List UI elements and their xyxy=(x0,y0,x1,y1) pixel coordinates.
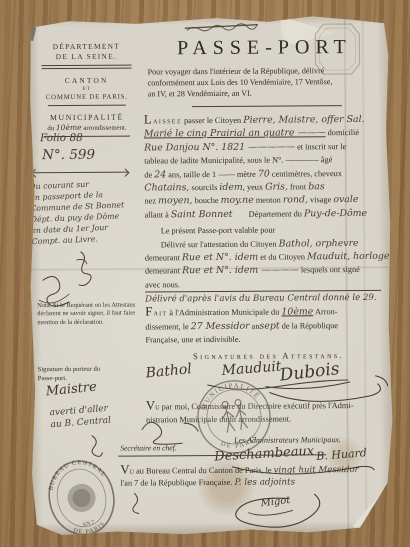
footer-paraph xyxy=(125,491,145,515)
nota-instruction: Nota. Si le Requérant ou les Attestans d… xyxy=(37,302,135,328)
destination-departement-handwritten: Puy-de-Dôme xyxy=(304,208,367,219)
bureau-central-stamp: BUREAU CENTRAL DE PARIS AN 7 xyxy=(35,448,128,547)
passport-title: PASSE-PORT xyxy=(139,36,389,61)
print-text: bouche xyxy=(195,196,219,205)
folio-number-handwritten: Folio 88 xyxy=(40,132,83,144)
body-line-marie: Marié le cinq Prairial an quatre ——— dom… xyxy=(144,126,390,141)
print-text: tableau de ladite Municipalité, sous le … xyxy=(144,155,332,165)
body-line-attestation3: demeurant Rue et N°. idem ———— lesquels … xyxy=(145,263,391,278)
print-text: Arron- xyxy=(315,307,338,316)
height-cm-handwritten: 70 xyxy=(258,168,270,179)
forehead-handwritten: bas xyxy=(308,181,324,192)
print-text: dissement, le xyxy=(145,322,188,331)
photo-of-passport-document: { "sidebar": { "departement": ["DÉPARTEM… xyxy=(0,0,410,547)
eye-color-handwritten: Gris, xyxy=(265,181,288,192)
body-line-destination: allant à Saint Bonnet Département du Puy… xyxy=(145,207,391,222)
print-text: front xyxy=(290,182,306,191)
divider-rule xyxy=(42,65,132,70)
torn-edge-nick xyxy=(25,24,36,41)
subtitle-divider-rule xyxy=(192,105,342,107)
witness1-address-handwritten: Rue et N°. idem xyxy=(182,252,258,264)
passport-document-sheet: DÉPARTEMENT DE LA SEINE. CANTON ET COMMU… xyxy=(25,14,397,538)
print-text: visage xyxy=(310,196,331,205)
print-text: ans, taille de 1 —— mètre xyxy=(168,169,256,179)
print-text: demeurant xyxy=(145,253,180,262)
holder-name-handwritten: Pierre, Maistre, offer Sal. xyxy=(243,114,364,126)
municipalite-heading: MUNICIPALITÉ xyxy=(34,112,140,122)
hair-color-handwritten: Chatains, xyxy=(144,182,189,193)
left-margin-column: DÉPARTEMENT DE LA SEINE. CANTON ET COMMU… xyxy=(33,41,140,137)
marital-status-handwritten: Marié le cinq Prairial an quatre ——— xyxy=(144,128,326,140)
print-text: de xyxy=(144,170,152,179)
witness2-name-handwritten: Mauduit, horloger xyxy=(307,251,394,263)
laissez-word: Laissez xyxy=(144,113,182,128)
body-line-bureau-avis-handwritten: Délivré d'après l'avis du Bureau Central… xyxy=(145,292,391,306)
print-text: et du Citoyen xyxy=(260,252,305,261)
arrondissement-number-handwritten: 10ème xyxy=(56,123,82,132)
year-handwritten: sept xyxy=(259,320,279,331)
administrateurs-label: Les Administrateurs Municipaux. xyxy=(234,435,341,445)
face-shape-handwritten: ovale xyxy=(333,194,358,205)
arrondissement-line: du 10ème arrondissement. xyxy=(34,122,140,132)
print-text: demeurant xyxy=(145,267,180,276)
passport-subtitle: Pour voyager dans l'intérieur de la Répu… xyxy=(148,65,390,100)
chin-handwritten: rond, xyxy=(283,195,308,206)
central-bureau-note-handwritten: averti d'aller au B. Central xyxy=(49,400,141,431)
print-text: an xyxy=(252,321,260,330)
print-text: passer le Citoyen xyxy=(184,116,241,125)
print-text: avec nous. xyxy=(145,280,180,289)
body-line-republique: Française, une et indivisible. xyxy=(145,332,391,347)
commissaire-signature-flourish xyxy=(264,370,394,405)
departement-heading: DÉPARTEMENT DE LA SEINE. xyxy=(33,41,139,61)
scratched-out-annotation xyxy=(183,21,263,36)
address-handwritten: Rue Danjou N°. 1821 ————— xyxy=(144,141,295,153)
fait-word: Fait xyxy=(145,306,167,321)
print-text: Le présent Passe-port valable pour xyxy=(161,226,276,236)
print-text: Département du xyxy=(249,209,302,218)
bureau-date-handwritten: vingt huit Messidor xyxy=(274,465,359,476)
main-text-column: PASSE-PORT Pour voyager dans l'intérieur… xyxy=(143,36,392,427)
bottom-right-fold xyxy=(350,478,394,528)
mouth-handwritten: moy.ne xyxy=(221,195,254,206)
arrondissement-suffix: arrondissement. xyxy=(83,125,126,132)
nose-handwritten: moyen, xyxy=(158,196,192,207)
margin-arrow-rule xyxy=(32,172,128,174)
print-text: Délivré sur l'attestation du Citoyen xyxy=(161,239,277,249)
divider-rule xyxy=(48,105,126,107)
et-label: ET xyxy=(34,86,140,92)
passport-number-handwritten: N°. 599 xyxy=(42,147,95,163)
print-text: à l'Administration Municipale du xyxy=(169,308,279,318)
print-text: sourcils xyxy=(191,183,217,192)
print-text: domicilié xyxy=(328,128,359,137)
destination-handwritten: Saint Bonnet xyxy=(171,209,233,220)
departement-line2: DE LA SEINE. xyxy=(33,51,139,61)
print-text: Française, une et indivisible. xyxy=(145,335,240,345)
date-messidor-handwritten: 27 Messidor xyxy=(191,320,250,331)
witness2-address-handwritten: Rue et N°. idem ———— xyxy=(182,265,299,277)
print-text: au Bureau Central du Canton de Paris, le xyxy=(136,466,272,476)
signature-bathol: Bathol xyxy=(145,361,192,381)
print-text: nez xyxy=(144,197,156,206)
canton-heading: CANTON xyxy=(34,75,140,85)
secretaire-en-chef-label: Secrétaire en chef. xyxy=(120,443,176,452)
bureau-avis-handwritten: Délivré d'après l'avis du Bureau Central… xyxy=(145,293,376,305)
body-line-avec-nous: avec nous. xyxy=(145,277,381,293)
print-text: lesquels ont signé xyxy=(301,265,360,274)
arrondissement-prefix: du xyxy=(47,125,54,132)
print-text: et inscrit sur le xyxy=(297,142,346,151)
witness1-name-handwritten: Bathol, orphevre xyxy=(279,238,359,250)
print-text: menton xyxy=(256,196,281,205)
print-text: , yeux xyxy=(243,183,263,192)
vu-word: Vu xyxy=(146,399,160,414)
eyebrows-handwritten: idem xyxy=(219,182,243,193)
arrondissement-num-handwritten: 10ème xyxy=(281,307,313,318)
print-text: centimètres, cheveux xyxy=(272,169,342,178)
print-text: l'an 7 de la République Française. xyxy=(120,478,232,488)
print-text: allant à xyxy=(145,210,169,219)
commune-heading: COMMUNE DE PARIS. xyxy=(34,93,140,101)
subtitle-line: an IV, et 28 Vendémiaire, an VI. xyxy=(148,87,390,100)
print-text: de la République xyxy=(282,321,338,330)
margin-registry-note-handwritten: Du courant sur un passeport de la Commun… xyxy=(29,177,142,248)
age-handwritten: 24 xyxy=(154,169,166,180)
